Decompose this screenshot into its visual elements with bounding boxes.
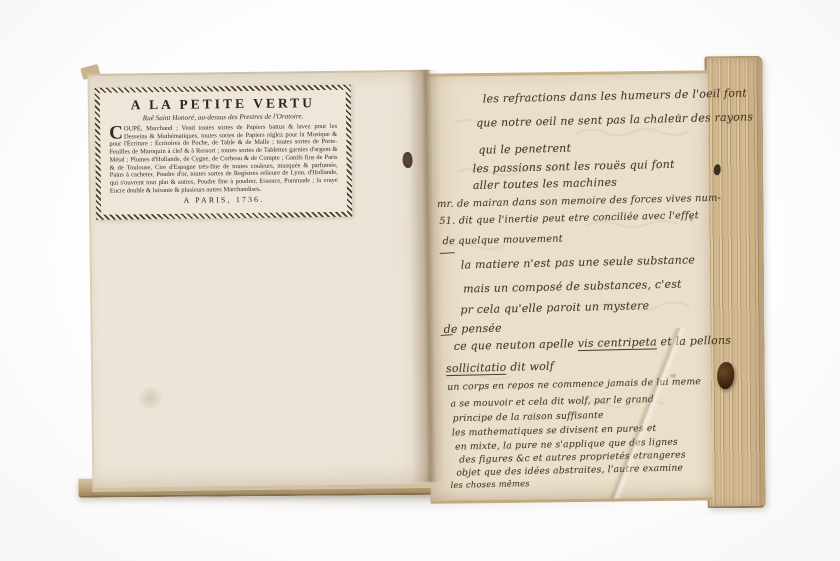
underlined-term: sollicitatio <box>446 361 507 376</box>
label-body: OUPÉ, Marchand ; Vend toutes sortes de P… <box>109 123 338 194</box>
label-title: A LA PETITE VERTU <box>109 95 337 114</box>
printed-trade-label: A LA PETITE VERTU Ruë Saint Honoré, au-d… <box>95 85 353 220</box>
manuscript-line: sollicitatio dit wolf <box>446 360 554 375</box>
manuscript-line: les choses mêmes <box>450 478 529 490</box>
manuscript-line: qui le penetrent <box>478 142 571 157</box>
page-stain <box>135 387 165 409</box>
underlined-term: vis centripeta <box>578 335 657 351</box>
right-page-manuscript: les refractions dans les humeurs de l'oe… <box>425 70 712 503</box>
manuscript-segment: dit wolf <box>506 360 554 374</box>
label-body-text: COUPÉ, Marchand ; Vend toutes sortes de … <box>109 123 338 195</box>
label-dropcap: C <box>109 125 124 140</box>
open-book: A LA PETITE VERTU Ruë Saint Honoré, au-d… <box>57 44 765 515</box>
label-imprint: A PARIS, 1736. <box>110 194 338 206</box>
binding-gutter <box>407 70 444 482</box>
left-page: A LA PETITE VERTU Ruë Saint Honoré, au-d… <box>87 70 434 492</box>
manuscript-segment: et la pellons <box>657 334 732 349</box>
gutter-wormhole <box>402 152 412 168</box>
label-subtitle: Ruë Saint Honoré, au-dessus des Prestres… <box>109 112 337 123</box>
